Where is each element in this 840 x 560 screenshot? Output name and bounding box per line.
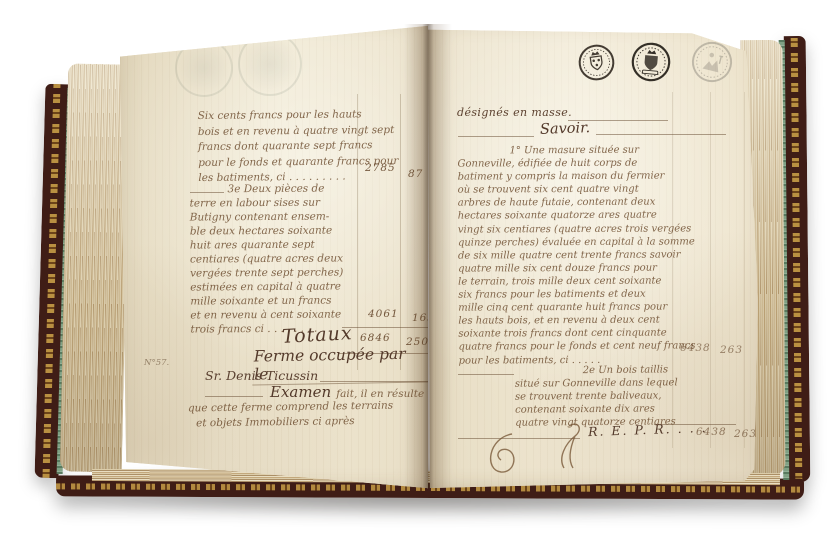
examen-paragraph: que cette ferme comprend les terrains et…: [188, 399, 394, 432]
amount-capital: 4061: [368, 308, 399, 320]
amount-capital: 6438: [680, 342, 711, 354]
manuscript-line: 1° Une masure située sur: [457, 143, 694, 157]
column-rule: [710, 92, 711, 448]
manuscript-line: Gonneville, édifiée de huit corps de: [457, 156, 694, 170]
right-page: désignés en masse. Savoir. 1° Une masure…: [428, 26, 758, 488]
manuscript-line: et objets Immobiliers ci après: [188, 414, 393, 432]
manuscript-line: vergées trente sept perches): [190, 265, 343, 280]
manuscript-line: le terrain, trois mille deux cent soixan…: [458, 274, 695, 288]
examen-heading: Examen fait, il en résulte: [270, 382, 424, 401]
manuscript-line: six francs pour les batiments et deux: [458, 287, 695, 301]
examen-rule: [205, 396, 263, 397]
column-rule: [400, 94, 401, 370]
savoir-rule-left: [458, 136, 534, 137]
manuscript-line: vingt six centiares (quatre acres trois …: [458, 222, 695, 236]
fleur-de-lis-shield-ink-stamp: [629, 40, 672, 83]
entry-paragraph: 2e Un bois taillis situé sur Gonneville …: [515, 363, 678, 429]
manuscript-line: ble deux hectares soixante: [190, 223, 343, 238]
manuscript-line: mille cinq cent quarante huit francs pou…: [458, 301, 695, 315]
ghost-stamp-showthrough-1: [175, 39, 233, 97]
ferme-tenant: Sr. Denis Ticussin: [205, 368, 318, 383]
totals-label: Totaux: [281, 322, 353, 348]
manuscript-line: 3e Deux pièces de: [189, 181, 342, 196]
manuscript-line: où se trouvent six cent quatre vingt: [458, 183, 695, 197]
manuscript-line: de six mille quatre cent trente francs s…: [458, 248, 695, 262]
manuscript-line: arbres de haute futaie, contenant deux: [458, 196, 695, 210]
manuscript-line: mille soixante et un francs: [190, 293, 343, 308]
examen-label: Examen: [270, 383, 331, 401]
manuscript-line: quinze perches) évaluée en capital à la …: [458, 235, 695, 249]
manuscript-line: Butigny contenant ensem-: [190, 209, 343, 224]
report-label: R. E. P. R. . . .: [588, 420, 708, 439]
report-capital: 6438: [696, 426, 727, 438]
margin-number: N°57.: [144, 358, 169, 368]
paraphe-flourish-1: [478, 424, 533, 482]
entry-paragraph: 1° Une masure située sur Gonneville, édi…: [457, 143, 695, 367]
manuscript-line: soixante trois francs dont cent cinquant…: [458, 327, 695, 341]
leader-rule: [458, 374, 514, 375]
manuscript-line: que cette ferme comprend les terrains: [188, 399, 393, 417]
manuscript-line: les hauts bois, et en revenu à deux cent: [458, 314, 695, 328]
manuscript-line: terre en labour sises sur: [190, 195, 343, 210]
manuscript-line: centiares (quatre acres deux: [190, 251, 343, 266]
page-block-fore-edge-left: [60, 63, 131, 472]
crowned-arms-ink-stamp: [576, 42, 618, 84]
book-gutter: [404, 24, 452, 488]
figural-ink-stamp: [687, 37, 738, 88]
paraphe-flourish-2: [545, 418, 591, 478]
masse-heading: désignés en masse.: [457, 106, 572, 119]
manuscript-line: quatre mille six cent douze francs pour: [458, 261, 695, 275]
manuscript-line: et en revenu à cent soixante: [190, 307, 343, 322]
totals-capital: 6846: [360, 332, 391, 344]
manuscript-line: estimées en capital à quatre: [190, 279, 343, 294]
amount-capital: 2785: [365, 162, 396, 174]
savoir-rule-right: [596, 134, 726, 135]
ghost-stamp-showthrough-2: [238, 32, 302, 96]
entry-paragraph: Six cents francs pour les hauts bois et …: [198, 107, 399, 187]
report-revenu: 263: [734, 428, 757, 440]
manuscript-line: batiment y compris la maison du fermier: [458, 170, 695, 184]
manuscript-line: hectares soixante quatorze ares quatre: [458, 209, 695, 223]
manuscript-line: francs dont quarante sept francs: [198, 138, 398, 156]
savoir-heading: Savoir.: [540, 120, 591, 138]
amount-revenu: 263: [720, 344, 743, 356]
left-page: Six cents francs pour les hauts bois et …: [120, 24, 428, 490]
photo-open-register: Six cents francs pour les hauts bois et …: [0, 0, 840, 560]
manuscript-line: huit ares quarante sept: [190, 237, 343, 252]
manuscript-line: quatre francs pour le fonds et cent neuf…: [458, 340, 695, 354]
entry-paragraph: 3e Deux pièces de terre en labour sises …: [189, 181, 343, 336]
column-rule: [744, 92, 745, 448]
